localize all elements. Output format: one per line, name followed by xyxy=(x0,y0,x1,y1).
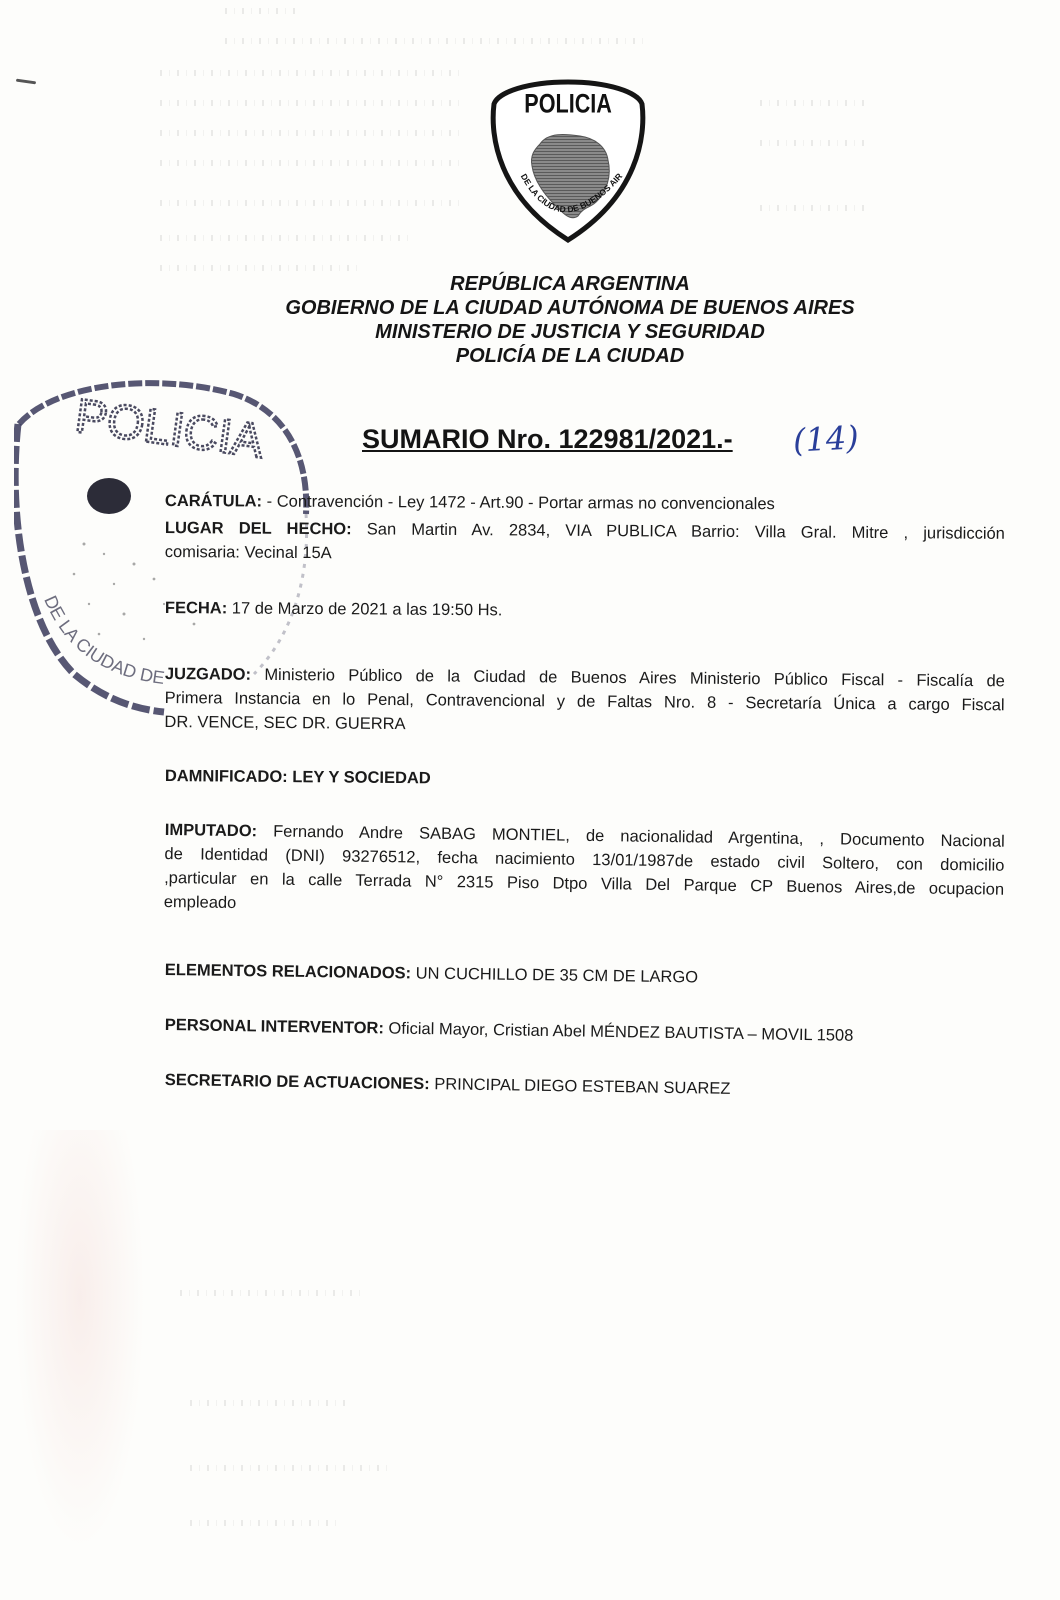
field-damnificado: DAMNIFICADO: LEY Y SOCIEDAD xyxy=(165,764,1005,795)
scan-mark xyxy=(16,79,36,85)
sumario-title: SUMARIO Nro. 122981/2021.- xyxy=(362,424,733,455)
field-elementos-relacionados: ELEMENTOS RELACIONADOS: UN CUCHILLO DE 3… xyxy=(165,958,1005,994)
bleed-through-noise xyxy=(180,1290,360,1296)
field-label: LUGAR DEL HECHO: xyxy=(165,519,352,538)
field-label: JUZGADO: xyxy=(165,665,251,684)
field-label: PERSONAL INTERVENTOR: xyxy=(165,1016,384,1037)
header-ministry: MINISTERIO DE JUSTICIA Y SEGURIDAD xyxy=(230,320,910,344)
bleed-through-noise xyxy=(160,200,460,206)
police-badge-logo: POLICIA DE LA CIUDAD DE BUENOS AIRES xyxy=(488,76,648,246)
field-value: PRINCIPAL DIEGO ESTEBAN SUAREZ xyxy=(434,1075,730,1098)
handwritten-page-number: (14) xyxy=(792,418,860,459)
bleed-through-noise xyxy=(160,265,360,271)
field-value: 17 de Marzo de 2021 a las 19:50 Hs. xyxy=(232,599,503,619)
bleed-through-noise xyxy=(760,140,870,146)
bleed-through-noise xyxy=(160,130,460,136)
field-value: Ministerio Público de la Ciudad de Bueno… xyxy=(264,666,1005,690)
svg-text:DE LA CIUDAD DE: DE LA CIUDAD DE xyxy=(40,593,166,688)
field-juzgado: JUZGADO: Ministerio Público de la Ciudad… xyxy=(164,662,1005,741)
bleed-through-noise xyxy=(225,38,645,44)
field-label: IMPUTADO: xyxy=(165,821,258,840)
bleed-through-noise xyxy=(760,205,870,211)
field-value: UN CUCHILLO DE 35 CM DE LARGO xyxy=(416,965,699,987)
document-page: POLICIA DE LA CIUDAD DE BUENOS AIRES REP… xyxy=(0,0,1060,1600)
field-lugar-del-hecho: LUGAR DEL HECHO: San Martin Av. 2834, VI… xyxy=(165,516,1005,570)
svg-text:POLICIA: POLICIA xyxy=(72,390,267,469)
header-country: REPÚBLICA ARGENTINA xyxy=(230,272,910,296)
header-government: GOBIERNO DE LA CIUDAD AUTÓNOMA DE BUENOS… xyxy=(230,296,910,320)
bleed-through-noise xyxy=(160,235,410,241)
document-header: REPÚBLICA ARGENTINA GOBIERNO DE LA CIUDA… xyxy=(230,272,910,368)
bleed-through-noise xyxy=(760,100,870,106)
bleed-through-noise xyxy=(190,1520,340,1526)
field-imputado: IMPUTADO: Fernando Andre SABAG MONTIEL, … xyxy=(164,818,1005,926)
bleed-through-noise xyxy=(160,160,460,166)
field-value: San Martin Av. 2834, VIA PUBLICA Barrio:… xyxy=(367,520,1005,542)
bleed-through-noise xyxy=(190,1400,350,1406)
badge-shield-icon: POLICIA DE LA CIUDAD DE BUENOS AIRES xyxy=(488,76,648,246)
field-personal-interventor: PERSONAL INTERVENTOR: Oficial Mayor, Cri… xyxy=(165,1013,1005,1050)
field-label: ELEMENTOS RELACIONADOS: xyxy=(165,961,412,982)
field-secretario-de-actuaciones: SECRETARIO DE ACTUACIONES: PRINCIPAL DIE… xyxy=(165,1068,1005,1105)
header-police: POLICÍA DE LA CIUDAD xyxy=(230,344,910,368)
field-label: CARÁTULA: xyxy=(165,492,262,511)
field-value: LEY Y SOCIEDAD xyxy=(292,768,431,787)
field-label: DAMNIFICADO: xyxy=(165,767,288,786)
field-value: Oficial Mayor, Cristian Abel MÉNDEZ BAUT… xyxy=(388,1020,853,1045)
field-label: SECRETARIO DE ACTUACIONES: xyxy=(165,1071,430,1093)
scan-smudge xyxy=(15,1130,145,1550)
bleed-through-noise xyxy=(225,8,295,14)
field-label: FECHA: xyxy=(165,599,227,617)
svg-text:POLICIA: POLICIA xyxy=(524,89,612,119)
field-caratula: CARÁTULA: - Contravención - Ley 1472 - A… xyxy=(165,489,1005,517)
field-value: - Contravención - Ley 1472 - Art.90 - Po… xyxy=(267,493,775,514)
bleed-through-noise xyxy=(160,70,460,76)
bleed-through-noise xyxy=(160,100,460,106)
bleed-through-noise xyxy=(190,1465,390,1471)
